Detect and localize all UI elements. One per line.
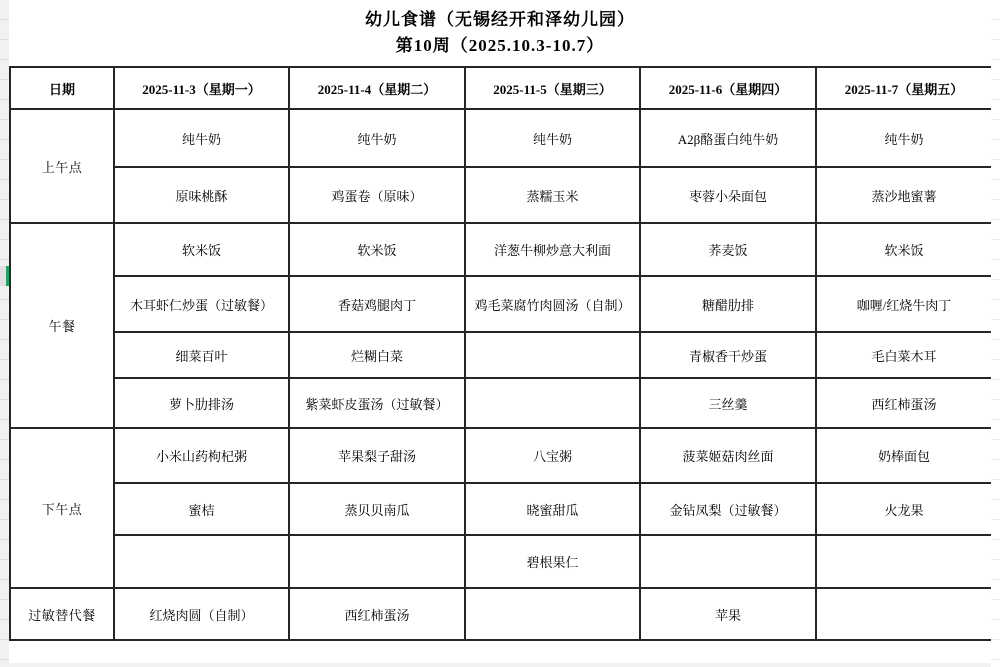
menu-cell[interactable]: 鸡蛋卷（原味）	[289, 167, 465, 223]
sheet-right-grid-edge	[991, 0, 1000, 667]
menu-row: 木耳虾仁炒蛋（过敏餐）香菇鸡腿肉丁鸡毛菜腐竹肉圆汤（自制）糖醋肋排咖喱/红烧牛肉…	[10, 276, 992, 332]
menu-cell[interactable]: 奶棒面包	[816, 428, 992, 483]
date-column-header[interactable]: 2025-11-3（星期一）	[114, 67, 289, 109]
menu-row: 碧根果仁	[10, 535, 992, 588]
date-column-header[interactable]: 2025-11-4（星期二）	[289, 67, 465, 109]
menu-cell[interactable]: 纯牛奶	[289, 109, 465, 167]
menu-cell[interactable]	[114, 535, 289, 588]
menu-cell[interactable]	[289, 535, 465, 588]
menu-cell[interactable]: 苹果梨子甜汤	[289, 428, 465, 483]
meal-section-label[interactable]: 上午点	[10, 109, 114, 223]
spreadsheet-view: 幼儿食谱（无锡经开和泽幼儿园） 第10周（2025.10.3-10.7） 日期 …	[0, 0, 1000, 667]
menu-title-line2: 第10周（2025.10.3-10.7）	[396, 34, 604, 58]
menu-row: 原味桃酥鸡蛋卷（原味）蒸糯玉米枣蓉小朵面包蒸沙地蜜薯	[10, 167, 992, 223]
menu-cell[interactable]: 西红柿蛋汤	[289, 588, 465, 640]
menu-cell[interactable]: 蜜桔	[114, 483, 289, 535]
date-header-row: 日期 2025-11-3（星期一）2025-11-4（星期二）2025-11-5…	[10, 67, 992, 109]
meal-section-label[interactable]: 午餐	[10, 223, 114, 428]
menu-cell[interactable]: 糖醋肋排	[640, 276, 816, 332]
menu-cell[interactable]: 纯牛奶	[816, 109, 992, 167]
menu-cell[interactable]: 蒸沙地蜜薯	[816, 167, 992, 223]
date-column-header[interactable]: 2025-11-5（星期三）	[465, 67, 640, 109]
menu-cell[interactable]	[465, 332, 640, 378]
menu-cell[interactable]: 蒸糯玉米	[465, 167, 640, 223]
menu-cell[interactable]: 蒸贝贝南瓜	[289, 483, 465, 535]
menu-cell[interactable]: 软米饭	[289, 223, 465, 276]
menu-cell[interactable]: 纯牛奶	[114, 109, 289, 167]
menu-cell[interactable]: 八宝粥	[465, 428, 640, 483]
menu-cell[interactable]	[640, 535, 816, 588]
menu-cell[interactable]: 苹果	[640, 588, 816, 640]
menu-title-line1: 幼儿食谱（无锡经开和泽幼儿园）	[365, 8, 635, 32]
menu-cell[interactable]: 荞麦饭	[640, 223, 816, 276]
menu-cell[interactable]: 烂糊白菜	[289, 332, 465, 378]
date-column-header[interactable]: 2025-11-7（星期五）	[816, 67, 992, 109]
menu-row: 蜜桔蒸贝贝南瓜晓蜜甜瓜金钻凤梨（过敏餐）火龙果	[10, 483, 992, 535]
menu-cell[interactable]: 晓蜜甜瓜	[465, 483, 640, 535]
menu-cell[interactable]: 火龙果	[816, 483, 992, 535]
date-corner-header[interactable]: 日期	[10, 67, 114, 109]
menu-cell[interactable]: 木耳虾仁炒蛋（过敏餐）	[114, 276, 289, 332]
menu-cell[interactable]: 原味桃酥	[114, 167, 289, 223]
menu-cell[interactable]: 菠菜姬菇肉丝面	[640, 428, 816, 483]
meal-section-label[interactable]: 过敏替代餐	[10, 588, 114, 640]
menu-cell[interactable]: A2β酪蛋白纯牛奶	[640, 109, 816, 167]
menu-cell[interactable]: 青椒香干炒蛋	[640, 332, 816, 378]
menu-table: 日期 2025-11-3（星期一）2025-11-4（星期二）2025-11-5…	[9, 66, 993, 641]
menu-cell[interactable]: 萝卜肋排汤	[114, 378, 289, 428]
menu-row: 过敏替代餐红烧肉圆（自制）西红柿蛋汤苹果	[10, 588, 992, 640]
menu-cell[interactable]: 三丝羹	[640, 378, 816, 428]
menu-cell[interactable]: 鸡毛菜腐竹肉圆汤（自制）	[465, 276, 640, 332]
menu-cell[interactable]: 咖喱/红烧牛肉丁	[816, 276, 992, 332]
menu-row: 午餐软米饭软米饭洋葱牛柳炒意大利面荞麦饭软米饭	[10, 223, 992, 276]
menu-cell[interactable]	[465, 378, 640, 428]
menu-row: 细菜百叶烂糊白菜青椒香干炒蛋毛白菜木耳	[10, 332, 992, 378]
date-column-header[interactable]: 2025-11-6（星期四）	[640, 67, 816, 109]
menu-cell[interactable]: 毛白菜木耳	[816, 332, 992, 378]
menu-cell[interactable]: 洋葱牛柳炒意大利面	[465, 223, 640, 276]
menu-cell[interactable]: 软米饭	[816, 223, 992, 276]
menu-cell[interactable]: 枣蓉小朵面包	[640, 167, 816, 223]
menu-cell[interactable]	[816, 535, 992, 588]
menu-cell[interactable]: 细菜百叶	[114, 332, 289, 378]
meal-section-label[interactable]: 下午点	[10, 428, 114, 588]
menu-row: 萝卜肋排汤紫菜虾皮蛋汤（过敏餐）三丝羹西红柿蛋汤	[10, 378, 992, 428]
menu-cell[interactable]: 香菇鸡腿肉丁	[289, 276, 465, 332]
menu-cell[interactable]: 碧根果仁	[465, 535, 640, 588]
menu-cell[interactable]: 金钻凤梨（过敏餐）	[640, 483, 816, 535]
menu-row: 下午点小米山药枸杞粥苹果梨子甜汤八宝粥菠菜姬菇肉丝面奶棒面包	[10, 428, 992, 483]
sheet-left-grid-edge	[0, 0, 9, 667]
menu-cell[interactable]: 紫菜虾皮蛋汤（过敏餐）	[289, 378, 465, 428]
menu-cell[interactable]: 西红柿蛋汤	[816, 378, 992, 428]
menu-cell[interactable]	[816, 588, 992, 640]
menu-cell[interactable]: 纯牛奶	[465, 109, 640, 167]
menu-cell[interactable]: 红烧肉圆（自制）	[114, 588, 289, 640]
menu-title-block[interactable]: 幼儿食谱（无锡经开和泽幼儿园） 第10周（2025.10.3-10.7）	[9, 0, 991, 66]
menu-cell[interactable]: 软米饭	[114, 223, 289, 276]
menu-cell[interactable]: 小米山药枸杞粥	[114, 428, 289, 483]
menu-cell[interactable]	[465, 588, 640, 640]
menu-sheet: 幼儿食谱（无锡经开和泽幼儿园） 第10周（2025.10.3-10.7） 日期 …	[9, 0, 991, 663]
menu-row: 上午点纯牛奶纯牛奶纯牛奶A2β酪蛋白纯牛奶纯牛奶	[10, 109, 992, 167]
